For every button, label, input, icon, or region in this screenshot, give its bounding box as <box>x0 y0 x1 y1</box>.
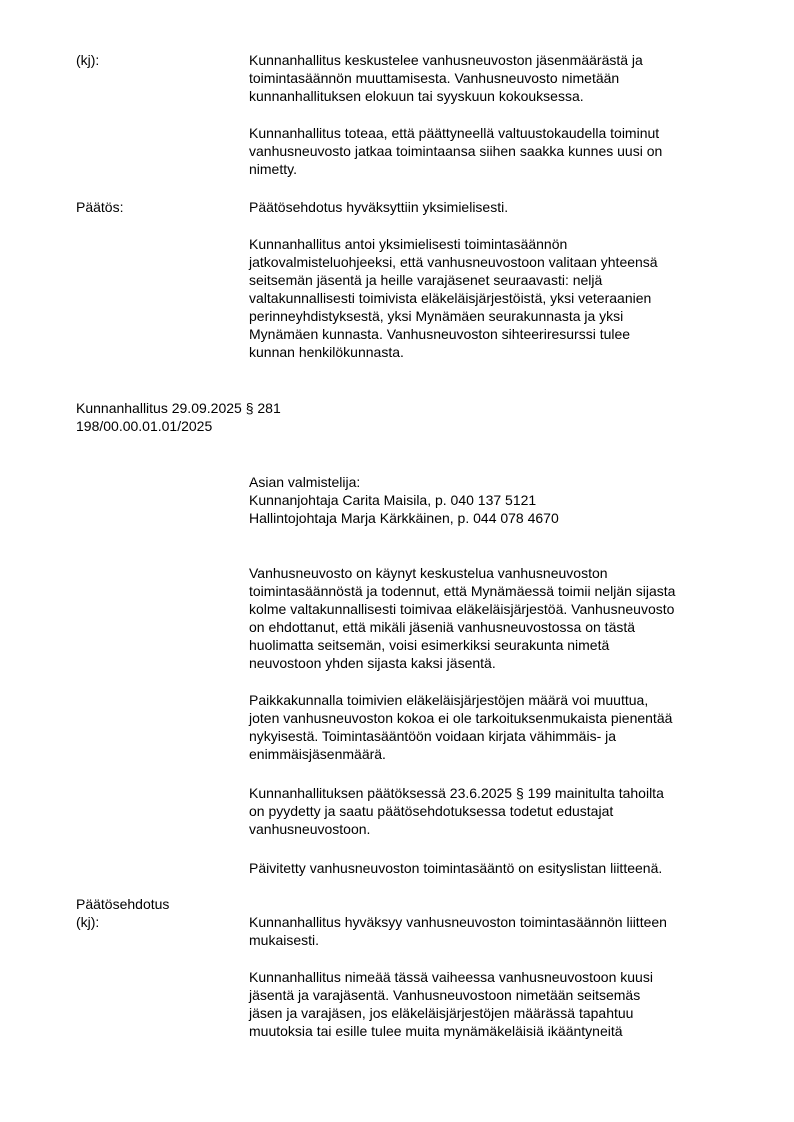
text-line: toimintasäännön muuttamisesta. Vanhusneu… <box>249 69 643 87</box>
text-line: vanhusneuvostoon. <box>249 820 664 838</box>
body-paragraph-2: Paikkakunnalla toimivien eläkeläisjärjes… <box>249 691 672 763</box>
section1-paragraph-2: Kunnanhallitus toteaa, että päättyneellä… <box>249 124 662 178</box>
proposal-paragraph-1: Kunnanhallitus hyväksyy vanhusneuvoston … <box>249 913 667 949</box>
section1-paragraph-1: Kunnanhallitus keskustelee vanhusneuvost… <box>249 51 643 105</box>
body-paragraph-4: Päivitetty vanhusneuvoston toimintasäänt… <box>249 859 662 877</box>
text-line: Kunnanhallitus antoi yksimielisesti toim… <box>249 235 658 253</box>
text-line: Päätösehdotus hyväksyttiin yksimielisest… <box>249 198 508 216</box>
text-line: mukaisesti. <box>249 931 667 949</box>
text-line: Kunnanhallitus toteaa, että päättyneellä… <box>249 124 662 142</box>
section-label-kj: (kj): <box>76 51 99 69</box>
proposal-label-line: Päätösehdotus <box>76 895 169 913</box>
text-line: Päivitetty vanhusneuvoston toimintasäänt… <box>249 859 662 877</box>
preparer-heading: Asian valmistelija: <box>249 473 559 491</box>
decision-paragraph-1: Päätösehdotus hyväksyttiin yksimielisest… <box>249 198 508 216</box>
text-line: on pyydetty ja saatu päätösehdotuksessa … <box>249 802 664 820</box>
text-line: joten vanhusneuvoston kokoa ei ole tarko… <box>249 709 672 727</box>
text-line: seitsemän jäsentä ja heille varajäsenet … <box>249 271 658 289</box>
text-line: Kunnanhallitus nimeää tässä vaiheessa va… <box>249 968 653 986</box>
text-line: Kunnanhallituksen päätöksessä 23.6.2025 … <box>249 784 664 802</box>
text-line: Kunnanhallitus hyväksyy vanhusneuvoston … <box>249 913 667 931</box>
preparer-contact: Kunnanjohtaja Carita Maisila, p. 040 137… <box>249 491 559 509</box>
text-line: nykyisestä. Toimintasääntöön voidaan kir… <box>249 727 672 745</box>
text-line: jäsentä ja varajäsentä. Vanhusneuvostoon… <box>249 986 653 1004</box>
text-line: Kunnanhallitus keskustelee vanhusneuvost… <box>249 51 643 69</box>
text-line: vanhusneuvosto jatkaa toimintaansa siihe… <box>249 142 662 160</box>
text-line: kolme valtakunnallisesti toimivaa eläkel… <box>249 600 675 618</box>
text-line: muutoksia tai esille tulee muita mynämäk… <box>249 1022 653 1040</box>
text-line: Paikkakunnalla toimivien eläkeläisjärjes… <box>249 691 672 709</box>
text-line: Vanhusneuvosto on käynyt keskustelua van… <box>249 564 675 582</box>
text-line: nimetty. <box>249 160 662 178</box>
text-line: on ehdottanut, että mikäli jäseniä vanhu… <box>249 618 675 636</box>
text-line: kunnan henkilökunnasta. <box>249 343 658 361</box>
text-line: enimmäisjäsenmäärä. <box>249 745 672 763</box>
meeting-header: Kunnanhallitus 29.09.2025 § 281 198/00.0… <box>76 399 281 435</box>
text-line: jatkovalmisteluohjeeksi, että vanhusneuv… <box>249 253 658 271</box>
record-id: 198/00.00.01.01/2025 <box>76 417 281 435</box>
text-line: perinneyhdistyksestä, yksi Mynämäen seur… <box>249 307 658 325</box>
text-line: toimintasäännöstä ja todennut, että Mynä… <box>249 582 675 600</box>
proposal-label: Päätösehdotus (kj): <box>76 895 169 931</box>
preparer-info: Asian valmistelija: Kunnanjohtaja Carita… <box>249 473 559 527</box>
meeting-title: Kunnanhallitus 29.09.2025 § 281 <box>76 399 281 417</box>
body-paragraph-3: Kunnanhallituksen päätöksessä 23.6.2025 … <box>249 784 664 838</box>
text-line: Mynämäen kunnasta. Vanhusneuvoston sihte… <box>249 325 658 343</box>
decision-paragraph-2: Kunnanhallitus antoi yksimielisesti toim… <box>249 235 658 361</box>
proposal-label-line: (kj): <box>76 913 169 931</box>
body-paragraph-1: Vanhusneuvosto on käynyt keskustelua van… <box>249 564 675 672</box>
decision-label: Päätös: <box>76 198 123 216</box>
text-line: valtakunnallisesti toimivista eläkeläisj… <box>249 289 658 307</box>
preparer-contact: Hallintojohtaja Marja Kärkkäinen, p. 044… <box>249 509 559 527</box>
proposal-paragraph-2: Kunnanhallitus nimeää tässä vaiheessa va… <box>249 968 653 1040</box>
text-line: jäsen ja varajäsen, jos eläkeläisjärjest… <box>249 1004 653 1022</box>
text-line: huolimatta seitsemän, voisi esimerkiksi … <box>249 636 675 654</box>
text-line: kunnanhallituksen elokuun tai syyskuun k… <box>249 87 643 105</box>
text-line: neuvostoon yhden sijasta kaksi jäsentä. <box>249 654 675 672</box>
